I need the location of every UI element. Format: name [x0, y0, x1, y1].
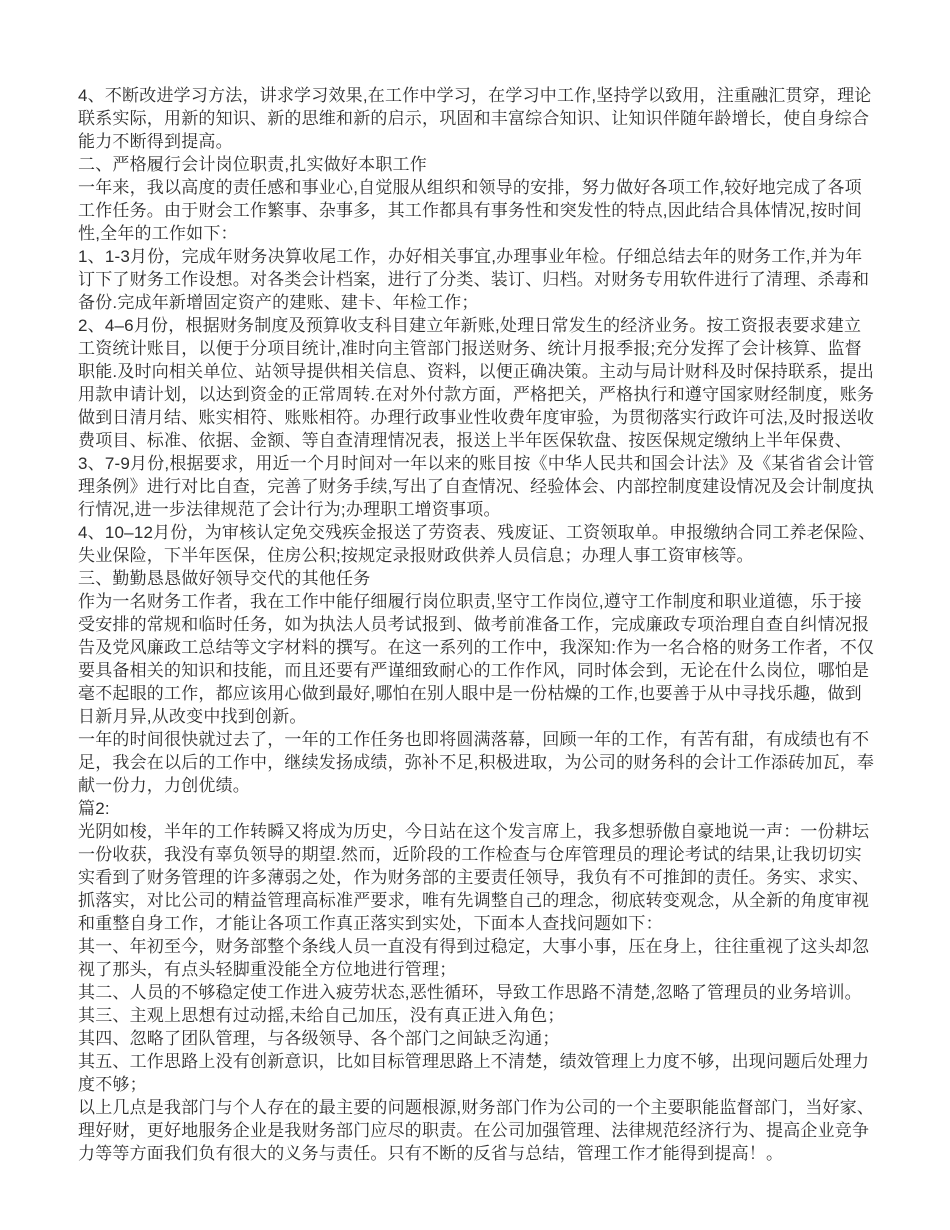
paragraph: 作为一名财务工作者，我在工作中能仔细履行岗位职责,坚守工作岗位,遵守工作制度和职…: [78, 590, 878, 728]
list-item-paragraph: 1、1-3月份，完成年财务决算收尾工作，办好相关事宜,办理事业年检。仔细总结去年…: [78, 245, 878, 314]
document-body: 4、不断改进学习方法，讲求学习效果,在工作中学习，在学习中工作,坚持学以致用，注…: [78, 84, 878, 1165]
list-item-paragraph: 其二、人员的不够稳定使工作进入疲劳状态,恶性循环，导致工作思路不清楚,忽略了管理…: [78, 981, 878, 1004]
list-item-paragraph: 其一、年初至今，财务部整个条线人员一直没有得到过稳定，大事小事，压在身上，往往重…: [78, 935, 878, 981]
document-page: 4、不断改进学习方法，讲求学习效果,在工作中学习，在学习中工作,坚持学以致用，注…: [0, 0, 950, 1230]
list-item-paragraph: 其五、工作思路上没有创新意识，比如目标管理思路上不清楚，绩效管理上力度不够，出现…: [78, 1050, 878, 1096]
list-item-paragraph: 3、7-9月份,根据要求，用近一个月时间对一年以来的账目按《中华人民共和国会计法…: [78, 452, 878, 521]
paragraph: 以上几点是我部门与个人存在的最主要的问题根源,财务部门作为公司的一个主要职能监督…: [78, 1096, 878, 1165]
list-item-paragraph: 4、10–12月份，为审核认定免交残疾金报送了劳资表、残废证、工资领取单。申报缴…: [78, 521, 878, 567]
section-heading: 二、严格履行会计岗位职责,扎实做好本职工作: [78, 153, 878, 176]
paragraph: 一年来，我以高度的责任感和事业心,自觉服从组织和领导的安排，努力做好各项工作,较…: [78, 176, 878, 245]
list-item-paragraph: 其三、主观上思想有过动摇,未给自己加压，没有真正进入角色；: [78, 1004, 878, 1027]
paragraph: 光阴如梭，半年的工作转瞬又将成为历史，今日站在这个发言席上，我多想骄傲自豪地说一…: [78, 820, 878, 935]
list-item-paragraph: 其四、忽略了团队管理，与各级领导、各个部门之间缺乏沟通；: [78, 1027, 878, 1050]
section-heading: 三、勤勤恳恳做好领导交代的其他任务: [78, 567, 878, 590]
list-item-paragraph: 2、4–6月份，根据财务制度及预算收支科目建立年新账,处理日常发生的经济业务。按…: [78, 314, 878, 452]
part-label: 篇2:: [78, 797, 878, 820]
paragraph: 一年的时间很快就过去了，一年的工作任务也即将圆满落幕，回顾一年的工作，有苦有甜，…: [78, 728, 878, 797]
paragraph: 4、不断改进学习方法，讲求学习效果,在工作中学习，在学习中工作,坚持学以致用，注…: [78, 84, 878, 153]
